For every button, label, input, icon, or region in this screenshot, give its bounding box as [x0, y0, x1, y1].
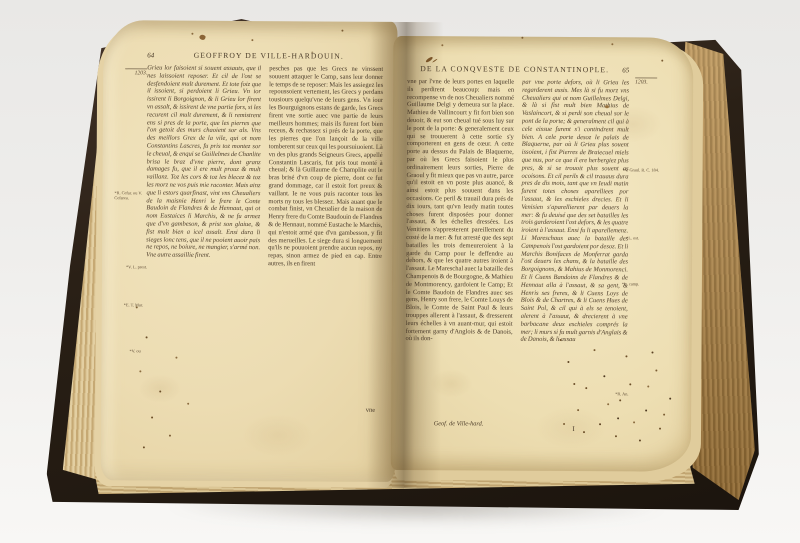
- foxing-spots-right-page: [560, 339, 562, 341]
- right-page-translation-wrap: vne par l'vne de leurs portes en laquell…: [405, 78, 514, 433]
- left-margin-note: *V. ou: [129, 348, 155, 354]
- foxing-spots-top: [191, 33, 193, 35]
- left-margin-note: *R. Cefar. ou V. Cefarea.: [114, 190, 152, 201]
- catchword: vne: [267, 406, 381, 414]
- left-page-translation-wrap: pesches pas que les Grecs ne vinssent so…: [267, 65, 383, 414]
- right-page-old-french-column: par vne porte defors, où li Grieu les re…: [520, 79, 629, 424]
- photo-of-open-antique-book: 64 GEOFFROY DE VILLE-HARDOUIN. Grieu lor…: [0, 0, 800, 543]
- right-margin-year-text: 1203.: [635, 79, 648, 85]
- right-margin-note: *L. ost.: [626, 235, 656, 241]
- right-running-title: DE LA CONQVESTE DE CONSTANTINOPLE.: [407, 64, 622, 74]
- right-page-translation-column: vne par l'vne de leurs portes en laquell…: [405, 78, 514, 419]
- left-page-text-block: 64 GEOFFROY DE VILLE-HARDOUIN. Grieu lor…: [145, 50, 383, 413]
- right-page-columns: vne par l'vne de leurs portes en laquell…: [405, 78, 629, 433]
- right-page-number: 65: [622, 66, 629, 74]
- left-page-columns: Grieu lor faisoient si souent assauts, q…: [145, 64, 383, 413]
- open-book: 64 GEOFFROY DE VILLE-HARDOUIN. Grieu lor…: [38, 6, 767, 530]
- left-running-title: GEOFFROY DE VILLE-HARDOUIN.: [154, 50, 383, 60]
- right-page-text-block: DE LA CONQVESTE DE CONSTANTINOPLE. 65 vn…: [405, 64, 629, 433]
- foxing-spots-left-page: [136, 306, 138, 308]
- left-page-old-french-column: Grieu lor faisoient si souent assauts, q…: [145, 64, 261, 401]
- right-margin-note: *R. An.: [615, 391, 651, 397]
- right-running-header: DE LA CONQVESTE DE CONSTANTINOPLE. 65: [407, 64, 629, 74]
- left-page-translation-column: pesches pas que les Grecs ne vinssent so…: [267, 65, 383, 406]
- margin-rule: [125, 68, 147, 69]
- right-margin-year: 1203.: [635, 77, 665, 85]
- signature-mark: I: [520, 425, 627, 434]
- footer-reference: Geof. de Ville-hard.: [405, 420, 512, 428]
- margin-rule: [635, 77, 657, 78]
- left-margin-year: 1203.: [119, 68, 147, 76]
- right-margin-note: *L. camp.: [622, 281, 656, 287]
- small-stain-right-page: [605, 105, 609, 108]
- left-margin-note: *E. T. Mar.: [124, 302, 154, 308]
- right-margin-note: *V. Graul. R. C. 184.: [623, 167, 663, 173]
- left-running-header: 64 GEOFFROY DE VILLE-HARDOUIN.: [147, 50, 383, 60]
- right-page-old-french-wrap: par vne porte defors, où li Grieu les re…: [520, 79, 629, 434]
- left-margin-year-text: 1203.: [135, 70, 148, 76]
- left-margin-note: *V. L. prest.: [126, 264, 156, 270]
- left-page-number: 64: [147, 51, 154, 59]
